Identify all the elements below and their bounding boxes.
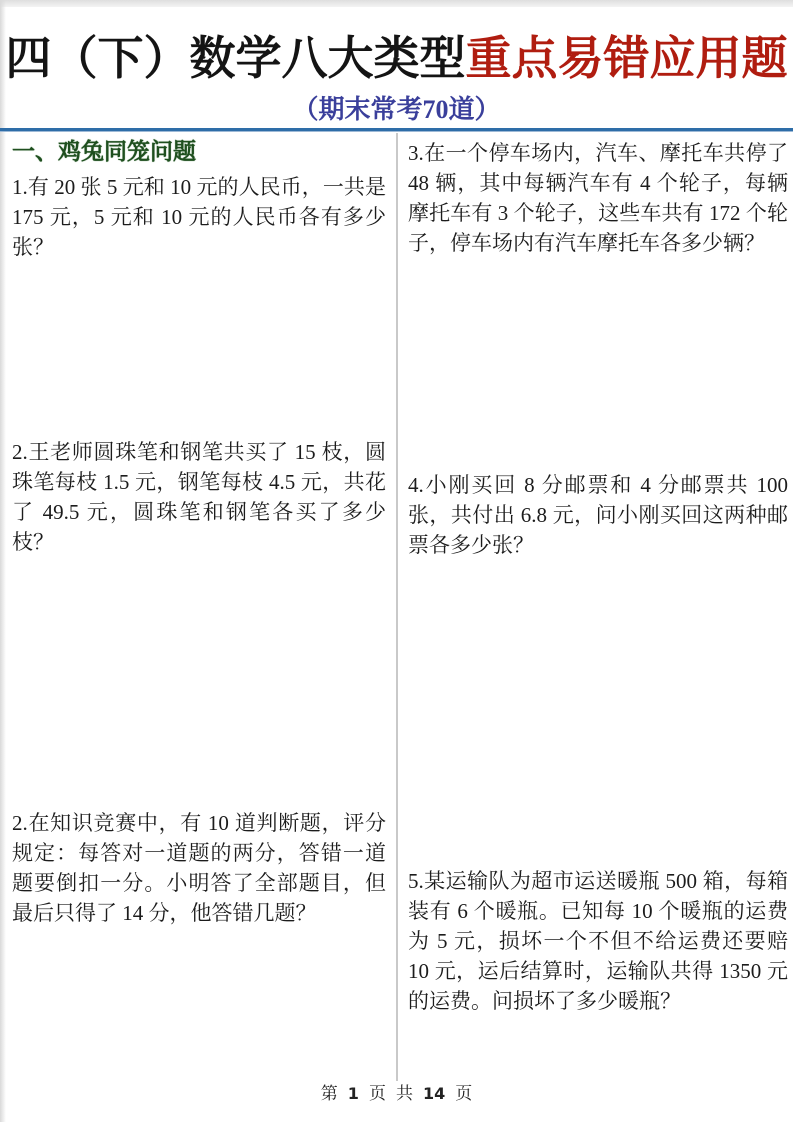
- footer-total-pages: 14: [423, 1084, 445, 1103]
- footer-label: 第: [321, 1084, 338, 1103]
- problem-item: 2.在知识竞赛中，有 10 道判断题，评分规定：每答对一道题的两分，答错一道题要…: [12, 808, 386, 928]
- page-subtitle: （期末常考70道）: [0, 94, 793, 126]
- title-black-text: 四（下）数学八大类型: [6, 33, 466, 84]
- problem-item: 3.在一个停车场内，汽车、摩托车共停了 48 辆，其中每辆汽车有 4 个轮子，每…: [408, 138, 788, 258]
- column-divider: [396, 133, 398, 1081]
- title-underline-rule: [0, 128, 793, 132]
- title-red-text: 重点易错应用题: [466, 33, 788, 84]
- scan-edge-left: [0, 0, 6, 1122]
- worksheet-page: 四（下）数学八大类型重点易错应用题 （期末常考70道） 一、鸡兔同笼问题 1.有…: [0, 0, 793, 1122]
- problem-item: 5.某运输队为超市运送暖瓶 500 箱，每箱装有 6 个暖瓶。已知每 10 个暖…: [408, 866, 788, 1016]
- scan-edge-top: [0, 0, 793, 7]
- page-title: 四（下）数学八大类型重点易错应用题: [0, 30, 793, 88]
- problem-item: 2.王老师圆珠笔和钢笔共买了 15 枝，圆珠笔每枝 1.5 元，钢笔每枝 4.5…: [12, 437, 386, 557]
- problem-item: 4.小刚买回 8 分邮票和 4 分邮票共 100 张，共付出 6.8 元，问小刚…: [408, 470, 788, 560]
- section-header: 一、鸡兔同笼问题: [12, 138, 386, 166]
- problem-item: 1.有 20 张 5 元和 10 元的人民币，一共是 175 元，5 元和 10…: [12, 172, 386, 262]
- footer-label: 页: [369, 1084, 386, 1103]
- footer-current-page: 1: [348, 1084, 359, 1103]
- footer-label: 共: [396, 1084, 413, 1103]
- page-footer: 第1页共14页: [0, 1082, 793, 1106]
- footer-label: 页: [455, 1084, 472, 1103]
